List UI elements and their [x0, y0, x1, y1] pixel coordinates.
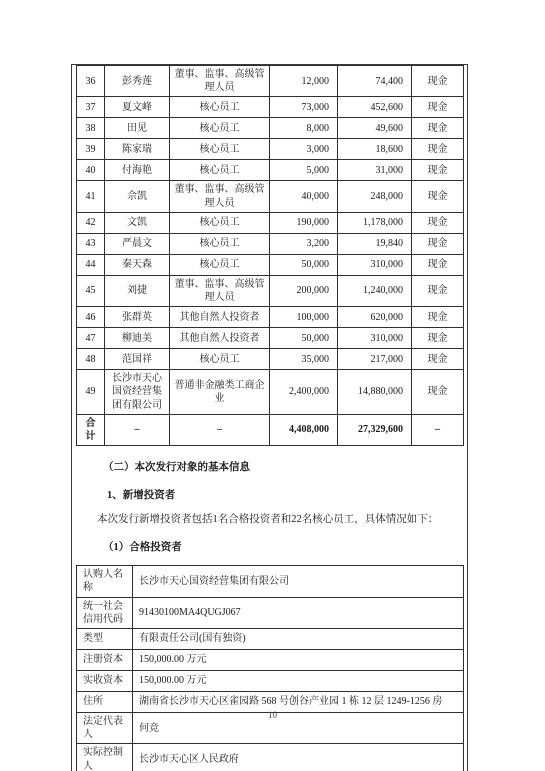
- name-cell: 彭秀莲: [105, 66, 170, 97]
- qty-cell: 12,000: [270, 66, 338, 97]
- subsection-heading: 1、新增投资者: [107, 487, 463, 502]
- subsubsection-heading: （1）合格投资者: [103, 539, 463, 554]
- body-paragraph: 本次发行新增投资者包括1名合格投资者和22名核心员工，具体情况如下：: [76, 513, 463, 527]
- pay-cell: 现金: [412, 97, 464, 118]
- type-cell: 董事、监事、高级管理人员: [170, 275, 270, 306]
- total-dash-cell: –: [105, 414, 170, 445]
- qty-cell: 8,000: [270, 118, 338, 139]
- name-cell: 文凯: [105, 212, 170, 233]
- qty-cell: 200,000: [270, 275, 338, 306]
- pay-cell: 现金: [412, 349, 464, 370]
- table-row: 认购人名称长沙市天心国资经营集团有限公司: [77, 566, 464, 597]
- value-cell: 长沙市天心区人民政府: [133, 744, 464, 771]
- table-row: 42文凯核心员工190,0001,178,000现金: [77, 212, 464, 233]
- name-cell: 付海艳: [105, 160, 170, 181]
- type-cell: 普通非金融类工商企业: [170, 370, 270, 415]
- qty-cell: 3,000: [270, 139, 338, 160]
- no-cell: 40: [77, 160, 105, 181]
- label-cell: 认购人名称: [77, 566, 133, 597]
- no-cell: 49: [77, 370, 105, 415]
- qty-cell: 2,400,000: [270, 370, 338, 415]
- amount-cell: 310,000: [338, 254, 412, 275]
- page-number: 10: [0, 710, 545, 720]
- no-cell: 44: [77, 254, 105, 275]
- type-cell: 核心员工: [170, 160, 270, 181]
- label-cell: 实际控制人: [77, 744, 133, 771]
- amount-cell: 1,178,000: [338, 212, 412, 233]
- no-cell: 47: [77, 328, 105, 349]
- total-amount-cell: 27,329,600: [338, 414, 412, 445]
- amount-cell: 74,400: [338, 66, 412, 97]
- no-cell: 48: [77, 349, 105, 370]
- type-cell: 核心员工: [170, 139, 270, 160]
- table-row: 38田见核心员工8,00049,600现金: [77, 118, 464, 139]
- value-cell: 91430100MA4QUGJ067: [133, 597, 464, 628]
- pay-cell: 现金: [412, 212, 464, 233]
- amount-cell: 14,880,000: [338, 370, 412, 415]
- type-cell: 董事、监事、高级管理人员: [170, 181, 270, 212]
- pay-cell: 现金: [412, 275, 464, 306]
- label-cell: 实收资本: [77, 670, 133, 691]
- table-row: 41佘凯董事、监事、高级管理人员40,000248,000现金: [77, 181, 464, 212]
- total-dash-cell: –: [412, 414, 464, 445]
- no-cell: 37: [77, 97, 105, 118]
- amount-cell: 18,600: [338, 139, 412, 160]
- qty-cell: 3,200: [270, 233, 338, 254]
- pay-cell: 现金: [412, 139, 464, 160]
- name-cell: 严晨文: [105, 233, 170, 254]
- amount-cell: 620,000: [338, 307, 412, 328]
- pay-cell: 现金: [412, 328, 464, 349]
- pay-cell: 现金: [412, 233, 464, 254]
- table-row: 44秦天森核心员工50,000310,000现金: [77, 254, 464, 275]
- table-row: 36彭秀莲董事、监事、高级管理人员12,00074,400现金: [77, 66, 464, 97]
- label-cell: 注册资本: [77, 649, 133, 670]
- total-row: 合计 – – 4,408,000 27,329,600 –: [77, 414, 464, 445]
- no-cell: 45: [77, 275, 105, 306]
- pay-cell: 现金: [412, 66, 464, 97]
- no-cell: 36: [77, 66, 105, 97]
- name-cell: 柳迪美: [105, 328, 170, 349]
- no-cell: 38: [77, 118, 105, 139]
- value-cell: 150,000.00 万元: [133, 670, 464, 691]
- document-page: 36彭秀莲董事、监事、高级管理人员12,00074,400现金37夏文峰核心员工…: [0, 0, 545, 771]
- name-cell: 佘凯: [105, 181, 170, 212]
- no-cell: 46: [77, 307, 105, 328]
- name-cell: 田见: [105, 118, 170, 139]
- type-cell: 核心员工: [170, 212, 270, 233]
- table-row: 47柳迪美其他自然人投资者50,000310,000现金: [77, 328, 464, 349]
- table-row: 统一社会信用代码91430100MA4QUGJ067: [77, 597, 464, 628]
- no-cell: 39: [77, 139, 105, 160]
- qty-cell: 35,000: [270, 349, 338, 370]
- pay-cell: 现金: [412, 370, 464, 415]
- table-row: 48范国祥核心员工35,000217,000现金: [77, 349, 464, 370]
- amount-cell: 19,840: [338, 233, 412, 254]
- name-cell: 张群英: [105, 307, 170, 328]
- type-cell: 核心员工: [170, 349, 270, 370]
- pay-cell: 现金: [412, 307, 464, 328]
- name-cell: 夏文峰: [105, 97, 170, 118]
- pay-cell: 现金: [412, 160, 464, 181]
- type-cell: 其他自然人投资者: [170, 328, 270, 349]
- name-cell: 长沙市天心国资经营集团有限公司: [105, 370, 170, 415]
- amount-cell: 248,000: [338, 181, 412, 212]
- amount-cell: 49,600: [338, 118, 412, 139]
- table-row: 43严晨文核心员工3,20019,840现金: [77, 233, 464, 254]
- qty-cell: 5,000: [270, 160, 338, 181]
- total-qty-cell: 4,408,000: [270, 414, 338, 445]
- name-cell: 刘捷: [105, 275, 170, 306]
- section-heading: （二）本次发行对象的基本信息: [103, 459, 463, 474]
- qty-cell: 190,000: [270, 212, 338, 233]
- value-cell: 150,000.00 万元: [133, 649, 464, 670]
- no-cell: 42: [77, 212, 105, 233]
- amount-cell: 1,240,000: [338, 275, 412, 306]
- name-cell: 陈家瑞: [105, 139, 170, 160]
- qty-cell: 73,000: [270, 97, 338, 118]
- table-row: 37夏文峰核心员工73,000452,600现金: [77, 97, 464, 118]
- qty-cell: 50,000: [270, 328, 338, 349]
- pay-cell: 现金: [412, 181, 464, 212]
- table-row: 39陈家瑞核心员工3,00018,600现金: [77, 139, 464, 160]
- name-cell: 秦天森: [105, 254, 170, 275]
- amount-cell: 31,000: [338, 160, 412, 181]
- subscriber-table: 36彭秀莲董事、监事、高级管理人员12,00074,400现金37夏文峰核心员工…: [76, 65, 464, 446]
- type-cell: 核心员工: [170, 118, 270, 139]
- total-label-cell: 合计: [77, 414, 105, 445]
- table-row: 46张群英其他自然人投资者100,000620,000现金: [77, 307, 464, 328]
- type-cell: 董事、监事、高级管理人员: [170, 66, 270, 97]
- pay-cell: 现金: [412, 118, 464, 139]
- qty-cell: 50,000: [270, 254, 338, 275]
- qty-cell: 40,000: [270, 181, 338, 212]
- type-cell: 核心员工: [170, 254, 270, 275]
- table-row: 类型有限责任公司(国有独资): [77, 628, 464, 649]
- table-row: 49长沙市天心国资经营集团有限公司普通非金融类工商企业2,400,00014,8…: [77, 370, 464, 415]
- table-row: 40付海艳核心员工5,00031,000现金: [77, 160, 464, 181]
- qty-cell: 100,000: [270, 307, 338, 328]
- table-row: 实际控制人长沙市天心区人民政府: [77, 744, 464, 771]
- label-cell: 统一社会信用代码: [77, 597, 133, 628]
- qualified-investor-table: 认购人名称长沙市天心国资经营集团有限公司统一社会信用代码91430100MA4Q…: [76, 565, 464, 771]
- amount-cell: 310,000: [338, 328, 412, 349]
- table-row: 注册资本150,000.00 万元: [77, 649, 464, 670]
- total-dash-cell: –: [170, 414, 270, 445]
- label-cell: 类型: [77, 628, 133, 649]
- type-cell: 其他自然人投资者: [170, 307, 270, 328]
- table-row: 45刘捷董事、监事、高级管理人员200,0001,240,000现金: [77, 275, 464, 306]
- value-cell: 长沙市天心国资经营集团有限公司: [133, 566, 464, 597]
- pay-cell: 现金: [412, 254, 464, 275]
- amount-cell: 217,000: [338, 349, 412, 370]
- no-cell: 41: [77, 181, 105, 212]
- type-cell: 核心员工: [170, 233, 270, 254]
- table-row: 实收资本150,000.00 万元: [77, 670, 464, 691]
- name-cell: 范国祥: [105, 349, 170, 370]
- amount-cell: 452,600: [338, 97, 412, 118]
- content-frame: 36彭秀莲董事、监事、高级管理人员12,00074,400现金37夏文峰核心员工…: [71, 64, 468, 771]
- value-cell: 有限责任公司(国有独资): [133, 628, 464, 649]
- no-cell: 43: [77, 233, 105, 254]
- type-cell: 核心员工: [170, 97, 270, 118]
